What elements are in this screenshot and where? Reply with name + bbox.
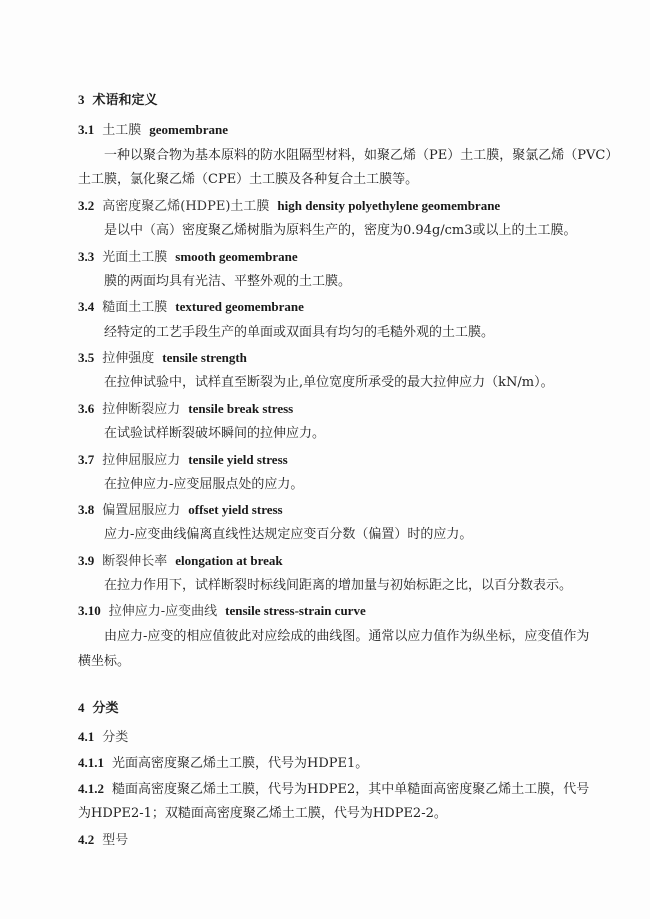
definition-line: 在拉伸试验中，试样直至断裂为止,单位宽度所承受的最大拉伸应力（kN/m）。	[104, 374, 554, 392]
term-number: 3.10	[78, 603, 101, 618]
clause-text: 糙面高密度聚乙烯土工膜，代号为HDPE2，其中单糙面高密度聚乙烯土工膜，代号	[112, 782, 589, 797]
term-zh: 光面土工膜	[102, 250, 167, 265]
term-en: smooth geomembrane	[175, 249, 297, 264]
term-3-4: 3.4糙面土工膜textured geomembrane	[78, 298, 304, 317]
term-3-2: 3.2高密度聚乙烯(HDPE)土工膜high density polyethyl…	[78, 197, 500, 216]
term-number: 3.5	[78, 350, 94, 365]
term-en: offset yield stress	[188, 502, 282, 517]
section-3-heading: 3术语和定义	[78, 91, 158, 110]
subsection-number: 4.1	[78, 729, 94, 744]
subsection-4-2: 4.2型号	[78, 831, 128, 850]
term-number: 3.4	[78, 299, 94, 314]
term-en: geomembrane	[149, 122, 228, 137]
term-number: 3.8	[78, 502, 94, 517]
definition-line: 在拉伸应力-应变屈服点处的应力。	[104, 476, 303, 494]
term-number: 3.1	[78, 122, 94, 137]
term-number: 3.7	[78, 452, 94, 467]
term-number: 3.2	[78, 198, 94, 213]
definition-line: 是以中（高）密度聚乙烯树脂为原料生产的，密度为0.94g/cm3或以上的土工膜。	[104, 222, 577, 240]
term-3-10: 3.10拉伸应力-应变曲线tensile stress-strain curve	[78, 602, 366, 621]
clause-number: 4.1.1	[78, 755, 104, 770]
term-3-3: 3.3光面土工膜smooth geomembrane	[78, 248, 298, 267]
term-3-7: 3.7拉伸屈服应力tensile yield stress	[78, 451, 288, 470]
clause-text: 光面高密度聚乙烯土工膜，代号为HDPE1。	[112, 756, 368, 771]
section-title: 术语和定义	[93, 93, 158, 108]
term-en: tensile break stress	[188, 401, 293, 416]
term-en: elongation at break	[175, 553, 282, 568]
subsection-title: 型号	[102, 833, 128, 848]
term-number: 3.3	[78, 249, 94, 264]
section-4-heading: 4分类	[78, 699, 119, 718]
clause-number: 4.1.2	[78, 781, 104, 796]
definition-line: 土工膜，氯化聚乙烯（CPE）土工膜及各种复合土工膜等。	[78, 171, 418, 189]
section-number: 4	[78, 700, 85, 715]
definition-line: 在试验试样断裂破坏瞬间的拉伸应力。	[104, 425, 325, 443]
term-zh: 拉伸应力-应变曲线	[109, 604, 217, 619]
definition-line: 一种以聚合物为基本原料的防水阻隔型材料，如聚乙烯（PE）土工膜，聚氯乙烯（PVC…	[104, 147, 618, 165]
definition-line: 在拉力作用下，试样断裂时标线间距离的增加量与初始标距之比，以百分数表示。	[104, 577, 572, 595]
term-3-9: 3.9断裂伸长率elongation at break	[78, 552, 283, 571]
subsection-title: 分类	[102, 730, 128, 745]
clause-text-continued: 为HDPE2-1；双糙面高密度聚乙烯土工膜，代号为HDPE2-2。	[78, 805, 447, 823]
term-en: tensile stress-strain curve	[225, 603, 366, 618]
definition-line: 横坐标。	[78, 653, 130, 671]
subsection-number: 4.2	[78, 832, 94, 847]
section-title: 分类	[93, 701, 119, 716]
term-zh: 断裂伸长率	[102, 554, 167, 569]
term-3-6: 3.6拉伸断裂应力tensile break stress	[78, 400, 293, 419]
term-zh: 糙面土工膜	[102, 300, 167, 315]
definition-line: 由应力-应变的相应值彼此对应绘成的曲线图。通常以应力值作为纵坐标，应变值作为	[104, 628, 589, 646]
clause-4-1-2: 4.1.2糙面高密度聚乙烯土工膜，代号为HDPE2，其中单糙面高密度聚乙烯土工膜…	[78, 780, 589, 799]
term-zh: 拉伸强度	[102, 351, 154, 366]
term-zh: 拉伸屈服应力	[102, 453, 180, 468]
term-3-5: 3.5拉伸强度tensile strength	[78, 349, 247, 368]
term-number: 3.6	[78, 401, 94, 416]
definition-line: 膜的两面均具有光洁、平整外观的土工膜。	[104, 273, 351, 291]
subsection-4-1: 4.1分类	[78, 728, 128, 747]
section-number: 3	[78, 92, 85, 107]
term-zh: 偏置屈服应力	[102, 503, 180, 518]
term-zh: 拉伸断裂应力	[102, 402, 180, 417]
term-number: 3.9	[78, 553, 94, 568]
term-zh: 土工膜	[102, 123, 141, 138]
term-3-8: 3.8偏置屈服应力offset yield stress	[78, 501, 283, 520]
term-en: tensile strength	[162, 350, 247, 365]
definition-line: 经特定的工艺手段生产的单面或双面具有均匀的毛糙外观的土工膜。	[104, 324, 494, 342]
clause-4-1-1: 4.1.1光面高密度聚乙烯土工膜，代号为HDPE1。	[78, 754, 368, 773]
term-en: textured geomembrane	[175, 299, 304, 314]
definition-line: 应力-应变曲线偏离直线性达规定应变百分数（偏置）时的应力。	[104, 526, 472, 544]
term-zh: 高密度聚乙烯(HDPE)土工膜	[102, 199, 269, 214]
term-3-1: 3.1土工膜geomembrane	[78, 121, 228, 140]
term-en: tensile yield stress	[188, 452, 287, 467]
term-en: high density polyethylene geomembrane	[277, 198, 500, 213]
